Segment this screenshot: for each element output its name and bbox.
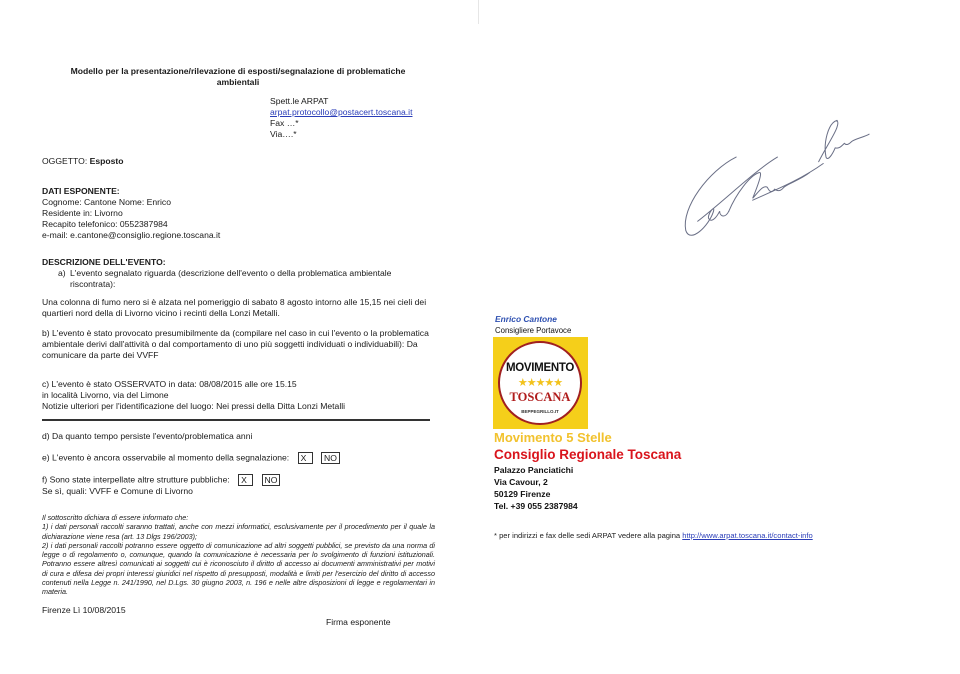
logo-circle: MOVIMENTO ★★★★★ TOSCANA BEPPEGRILLO.IT	[498, 341, 582, 425]
council-address: Palazzo Panciatichi Via Cavour, 2 50129 …	[494, 464, 578, 512]
item-a-letter: a)	[58, 268, 66, 279]
item-f-no-box[interactable]: NO	[262, 474, 281, 486]
oggetto-line: OGGETTO: Esposto	[42, 156, 124, 166]
address-line: Via Cavour, 2	[494, 476, 578, 488]
date-line: Firenze Lì 10/08/2015	[42, 605, 126, 615]
oggetto-label: OGGETTO:	[42, 156, 87, 166]
footnote-text: * per indirizzi e fax delle sedi ARPAT v…	[494, 531, 682, 540]
logo-movimento-text: MOVIMENTO	[500, 362, 580, 374]
descrizione-heading: DESCRIZIONE DELL'EVENTO:	[42, 257, 166, 268]
item-e: e) L'evento è ancora osservabile al mome…	[42, 452, 340, 464]
firma-label: Firma esponente	[326, 617, 391, 627]
form-title: Modello per la presentazione/rilevazione…	[58, 66, 418, 88]
item-a-answer: Una colonna di fumo nero si è alzata nel…	[42, 297, 442, 319]
council-name: Consiglio Regionale Toscana	[494, 447, 681, 462]
logo-footer-text: BEPPEGRILLO.IT	[500, 409, 580, 414]
signer-role: Consigliere Portavoce	[495, 326, 571, 335]
addressee-name: Spett.le ARPAT	[270, 96, 412, 107]
oggetto-value: Esposto	[90, 156, 124, 166]
horizontal-rule	[42, 419, 430, 421]
privacy-point-2: 2) i dati personali raccolti potranno es…	[42, 541, 435, 597]
dati-line: Recapito telefonico: 0552387984	[42, 219, 220, 230]
addressee-email-link[interactable]: arpat.protocollo@postacert.toscana.it	[270, 107, 412, 118]
item-e-yes-box[interactable]: X	[298, 452, 313, 464]
privacy-point-1: 1) i dati personali raccolti saranno tra…	[42, 522, 435, 541]
signer-name: Enrico Cantone	[495, 314, 557, 324]
address-line: 50129 Firenze	[494, 488, 578, 500]
footnote: * per indirizzi e fax delle sedi ARPAT v…	[494, 531, 813, 540]
footnote-link[interactable]: http://www.arpat.toscana.it/contact-info	[682, 531, 812, 540]
item-d: d) Da quanto tempo persiste l'evento/pro…	[42, 431, 252, 441]
addressee-fax: Fax …*	[270, 118, 412, 129]
movimento-toscana-logo: MOVIMENTO ★★★★★ TOSCANA BEPPEGRILLO.IT	[493, 337, 588, 429]
handwritten-signature-icon	[672, 100, 892, 260]
item-f: f) Sono state interpellate altre struttu…	[42, 474, 280, 497]
item-a-text: L'evento segnalato riguarda (descrizione…	[58, 268, 418, 290]
item-c-line: in località Livorno, via del Limone	[42, 390, 442, 401]
item-f-text: f) Sono state interpellate altre struttu…	[42, 474, 230, 484]
item-c-line: c) L'evento è stato OSSERVATO in data: 0…	[42, 379, 442, 390]
item-c: c) L'evento è stato OSSERVATO in data: 0…	[42, 379, 442, 412]
addressee-via: Via….*	[270, 129, 412, 140]
privacy-intro: Il sottoscritto dichiara di essere infor…	[42, 513, 435, 522]
dati-line: Cognome: Cantone Nome: Enrico	[42, 197, 220, 208]
item-e-no-box[interactable]: NO	[321, 452, 340, 464]
page-divider	[478, 0, 479, 24]
dati-heading: DATI ESPONENTE:	[42, 186, 220, 197]
item-a: a) L'evento segnalato riguarda (descrizi…	[58, 268, 418, 290]
item-c-line: Notizie ulteriori per l'identificazione …	[42, 401, 442, 412]
item-f-which: Se sì, quali: VVFF e Comune di Livorno	[42, 486, 280, 497]
dati-esponente: DATI ESPONENTE: Cognome: Cantone Nome: E…	[42, 186, 220, 241]
privacy-notice: Il sottoscritto dichiara di essere infor…	[42, 513, 435, 597]
address-line: Palazzo Panciatichi	[494, 464, 578, 476]
party-name: Movimento 5 Stelle	[494, 430, 612, 445]
addressee-block: Spett.le ARPAT arpat.protocollo@postacer…	[270, 96, 412, 140]
address-phone: Tel. +39 055 2387984	[494, 500, 578, 512]
dati-line: e-mail: e.cantone@consiglio.regione.tosc…	[42, 230, 220, 241]
item-e-text: e) L'evento è ancora osservabile al mome…	[42, 452, 289, 462]
dati-line: Residente in: Livorno	[42, 208, 220, 219]
logo-toscana-text: TOSCANA	[500, 390, 580, 405]
item-f-yes-box[interactable]: X	[238, 474, 253, 486]
item-b: b) L'evento è stato provocato presumibil…	[42, 328, 442, 361]
logo-stars-icon: ★★★★★	[500, 376, 580, 389]
